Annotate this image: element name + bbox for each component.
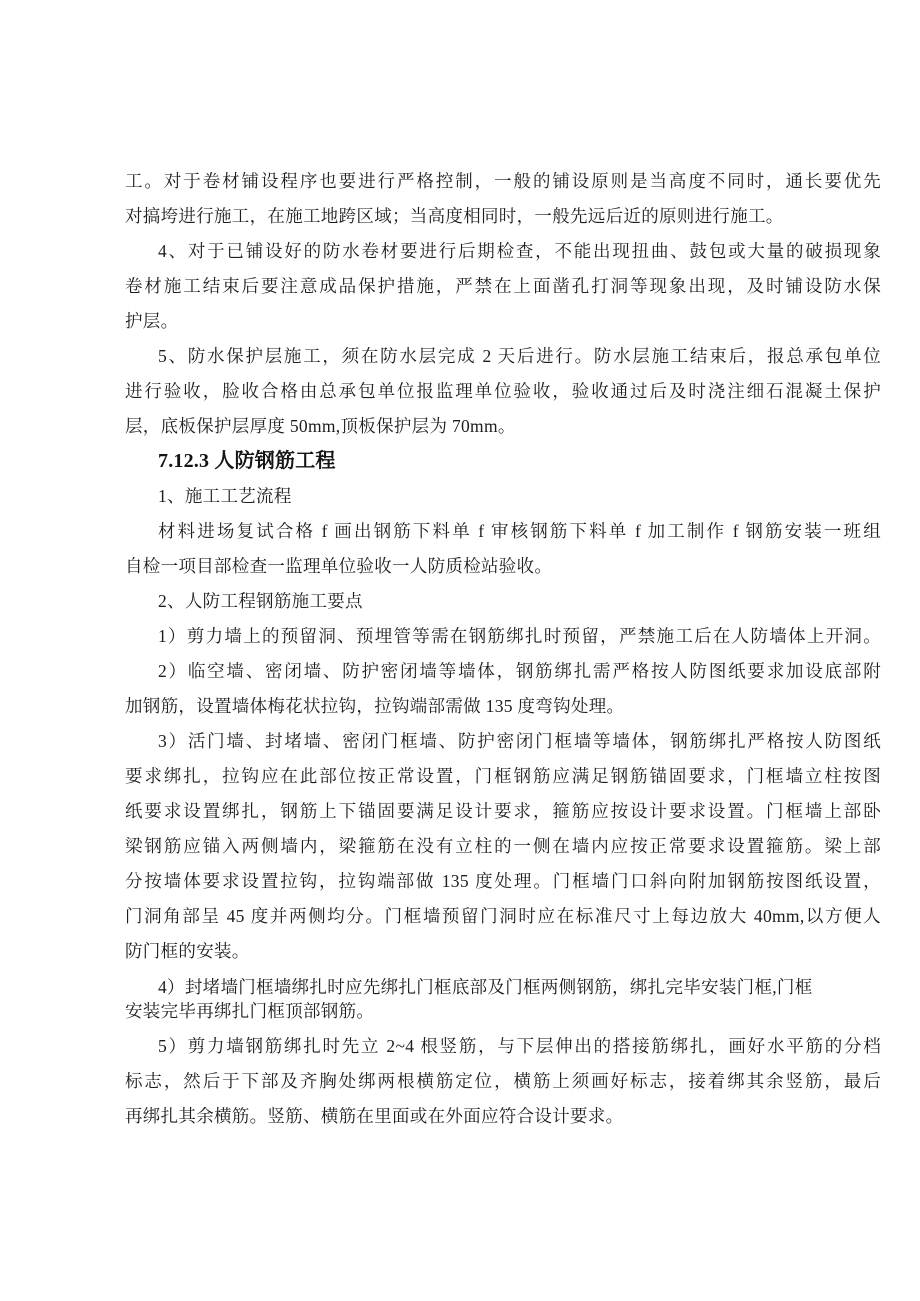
text-line: 卷材施工结束后要注意成品保护措施，严禁在上面凿孔打洞等现象出现，及时铺设防水保 [125,269,881,304]
section-heading: 7.12.3 人防钢筋工程 [125,444,881,479]
text-line: 对搞垮进行施工，在施工地跨区域；当高度相同时，一般先远后近的原则进行施工。 [125,199,881,234]
text-line: 自检一项目部检查一监理单位验收一人防质检站验收。 [125,549,881,584]
text-line: 护层。 [125,304,881,339]
document-page: 工。对于卷材铺设程序也要进行严格控制，一般的铺设原则是当高度不同时，通长要优先 … [0,0,920,1301]
text-line: 1、施工工艺流程 [125,479,881,514]
text-line: 1）剪力墙上的预留洞、预埋管等需在钢筋绑扎时预留，严禁施工后在人防墙体上开洞。 [125,619,881,654]
text-line: 安装完毕再绑扎门框顶部钢筋。 [125,999,881,1023]
text-line: 工。对于卷材铺设程序也要进行严格控制，一般的铺设原则是当高度不同时，通长要优先 [125,164,881,199]
text-line: 5）剪力墙钢筋绑扎时先立 2~4 根竖筋，与下层伸出的搭接筋绑扎，画好水平筋的分… [125,1029,881,1064]
text-line: 材料进场复试合格 f 画出钢筋下料单 f 审核钢筋下料单 f 加工制作 f 钢筋… [125,514,881,549]
text-line: 2）临空墙、密闭墙、防护密闭墙等墙体，钢筋绑扎需严格按人防图纸要求加设底部附 [125,654,881,689]
text-line: 加钢筋，设置墙体梅花状拉钩，拉钩端部需做 135 度弯钩处理。 [125,689,881,724]
text-line: 4）封堵墙门框墙绑扎时应先绑扎门框底部及门框两侧钢筋，绑扎完毕安装门框,门框 [125,975,881,999]
text-line: 防门框的安装。 [125,934,881,969]
text-line: 要求绑扎，拉钩应在此部位按正常设置，门框钢筋应满足钢筋锚固要求，门框墙立柱按图 [125,759,881,794]
text-line: 门洞角部呈 45 度并两侧均分。门框墙预留门洞时应在标准尺寸上每边放大 40mm… [125,899,881,934]
text-line: 纸要求设置绑扎，钢筋上下锚固要满足设计要求，箍筋应按设计要求设置。门框墙上部卧 [125,794,881,829]
text-line: 4、对于已铺设好的防水卷材要进行后期检查，不能出现扭曲、鼓包或大量的破损现象 [125,234,881,269]
text-line: 标志，然后于下部及齐胸处绑两根横筋定位，横筋上须画好标志，接着绑其余竖筋，最后 [125,1064,881,1099]
text-line: 分按墙体要求设置拉钩，拉钩端部做 135 度处理。门框墙门口斜向附加钢筋按图纸设… [125,864,881,899]
text-line: 进行验收，脸收合格由总承包单位报监理单位验收，验收通过后及时浇注细石混凝土保护 [125,374,881,409]
text-line: 再绑扎其余横筋。竖筋、横筋在里面或在外面应符合设计要求。 [125,1099,881,1134]
document-text-block: 工。对于卷材铺设程序也要进行严格控制，一般的铺设原则是当高度不同时，通长要优先 … [125,164,881,1134]
text-line: 2、人防工程钢筋施工要点 [125,584,881,619]
text-line: 5、防水保护层施工，须在防水层完成 2 天后进行。防水层施工结束后，报总承包单位 [125,339,881,374]
text-line: 层，底板保护层厚度 50mm,顶板保护层为 70mm。 [125,409,881,444]
text-line: 梁钢筋应锚入两侧墙内，梁箍筋在没有立柱的一侧在墙内应按正常要求设置箍筋。梁上部 [125,829,881,864]
text-line: 3）活门墙、封堵墙、密闭门框墙、防护密闭门框墙等墙体，钢筋绑扎严格按人防图纸 [125,724,881,759]
